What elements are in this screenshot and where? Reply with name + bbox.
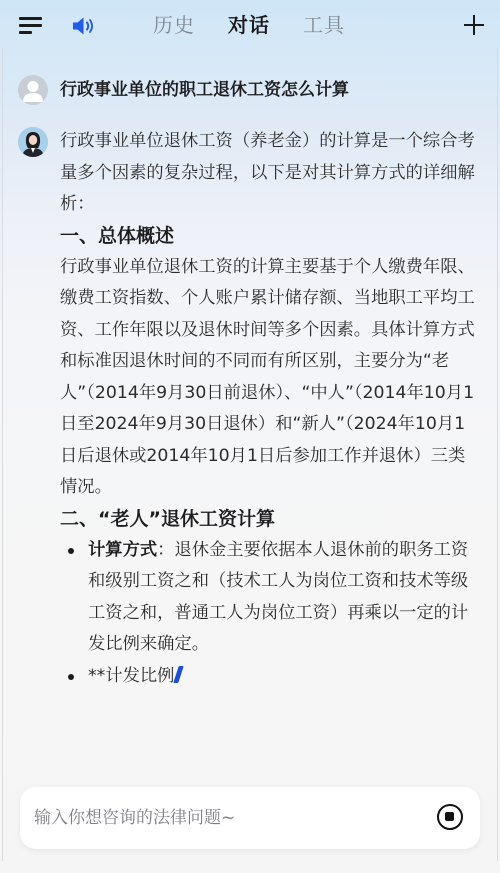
default-user-avatar — [18, 75, 48, 105]
frame-border-left — [2, 48, 3, 861]
list-item: **计发比例 — [60, 661, 480, 693]
stop-generation-icon[interactable] — [437, 804, 463, 830]
bullet-dot-icon — [68, 548, 74, 554]
section-heading-overview: 一、总体概述 — [60, 221, 480, 252]
user-message: 行政事业单位的职工退休工资怎么计算 — [18, 75, 480, 105]
top-bar: 历史 对话 工具 — [0, 0, 500, 52]
tab-bar: 历史 对话 工具 — [0, 11, 500, 41]
tab-history[interactable]: 历史 — [153, 11, 195, 39]
bullet-text: **计发比例 — [88, 666, 174, 686]
streaming-cursor-icon — [174, 666, 185, 683]
section-heading-old-retirees: 二、“老人”退休工资计算 — [60, 504, 480, 535]
plus-icon[interactable] — [464, 15, 484, 35]
tab-chat[interactable]: 对话 — [228, 11, 270, 39]
question-input[interactable] — [34, 787, 420, 849]
assistant-message-body: 行政事业单位退休工资（养老金）的计算是一个综合考量多个因素的复杂过程，以下是对其… — [60, 126, 480, 692]
assistant-intro: 行政事业单位退休工资（养老金）的计算是一个综合考量多个因素的复杂过程，以下是对其… — [60, 126, 480, 221]
bullet-dot-icon — [68, 674, 74, 680]
frame-border-right — [497, 48, 498, 861]
assistant-avatar — [18, 127, 48, 157]
tab-tools[interactable]: 工具 — [303, 11, 345, 39]
section-paragraph-overview: 行政事业单位退休工资的计算主要基于个人缴费年限、缴费工资指数、个人账户累计储存额… — [60, 252, 480, 504]
bullet-bold-label: 计算方式 — [88, 540, 157, 560]
list-item: 计算方式：退休金主要依据本人退休前的职务工资和级别工资之和（技术工人为岗位工资和… — [60, 535, 480, 661]
bullet-list: 计算方式：退休金主要依据本人退休前的职务工资和级别工资之和（技术工人为岗位工资和… — [60, 535, 480, 693]
chat-input-box — [20, 787, 480, 849]
user-message-text: 行政事业单位的职工退休工资怎么计算 — [60, 78, 349, 102]
